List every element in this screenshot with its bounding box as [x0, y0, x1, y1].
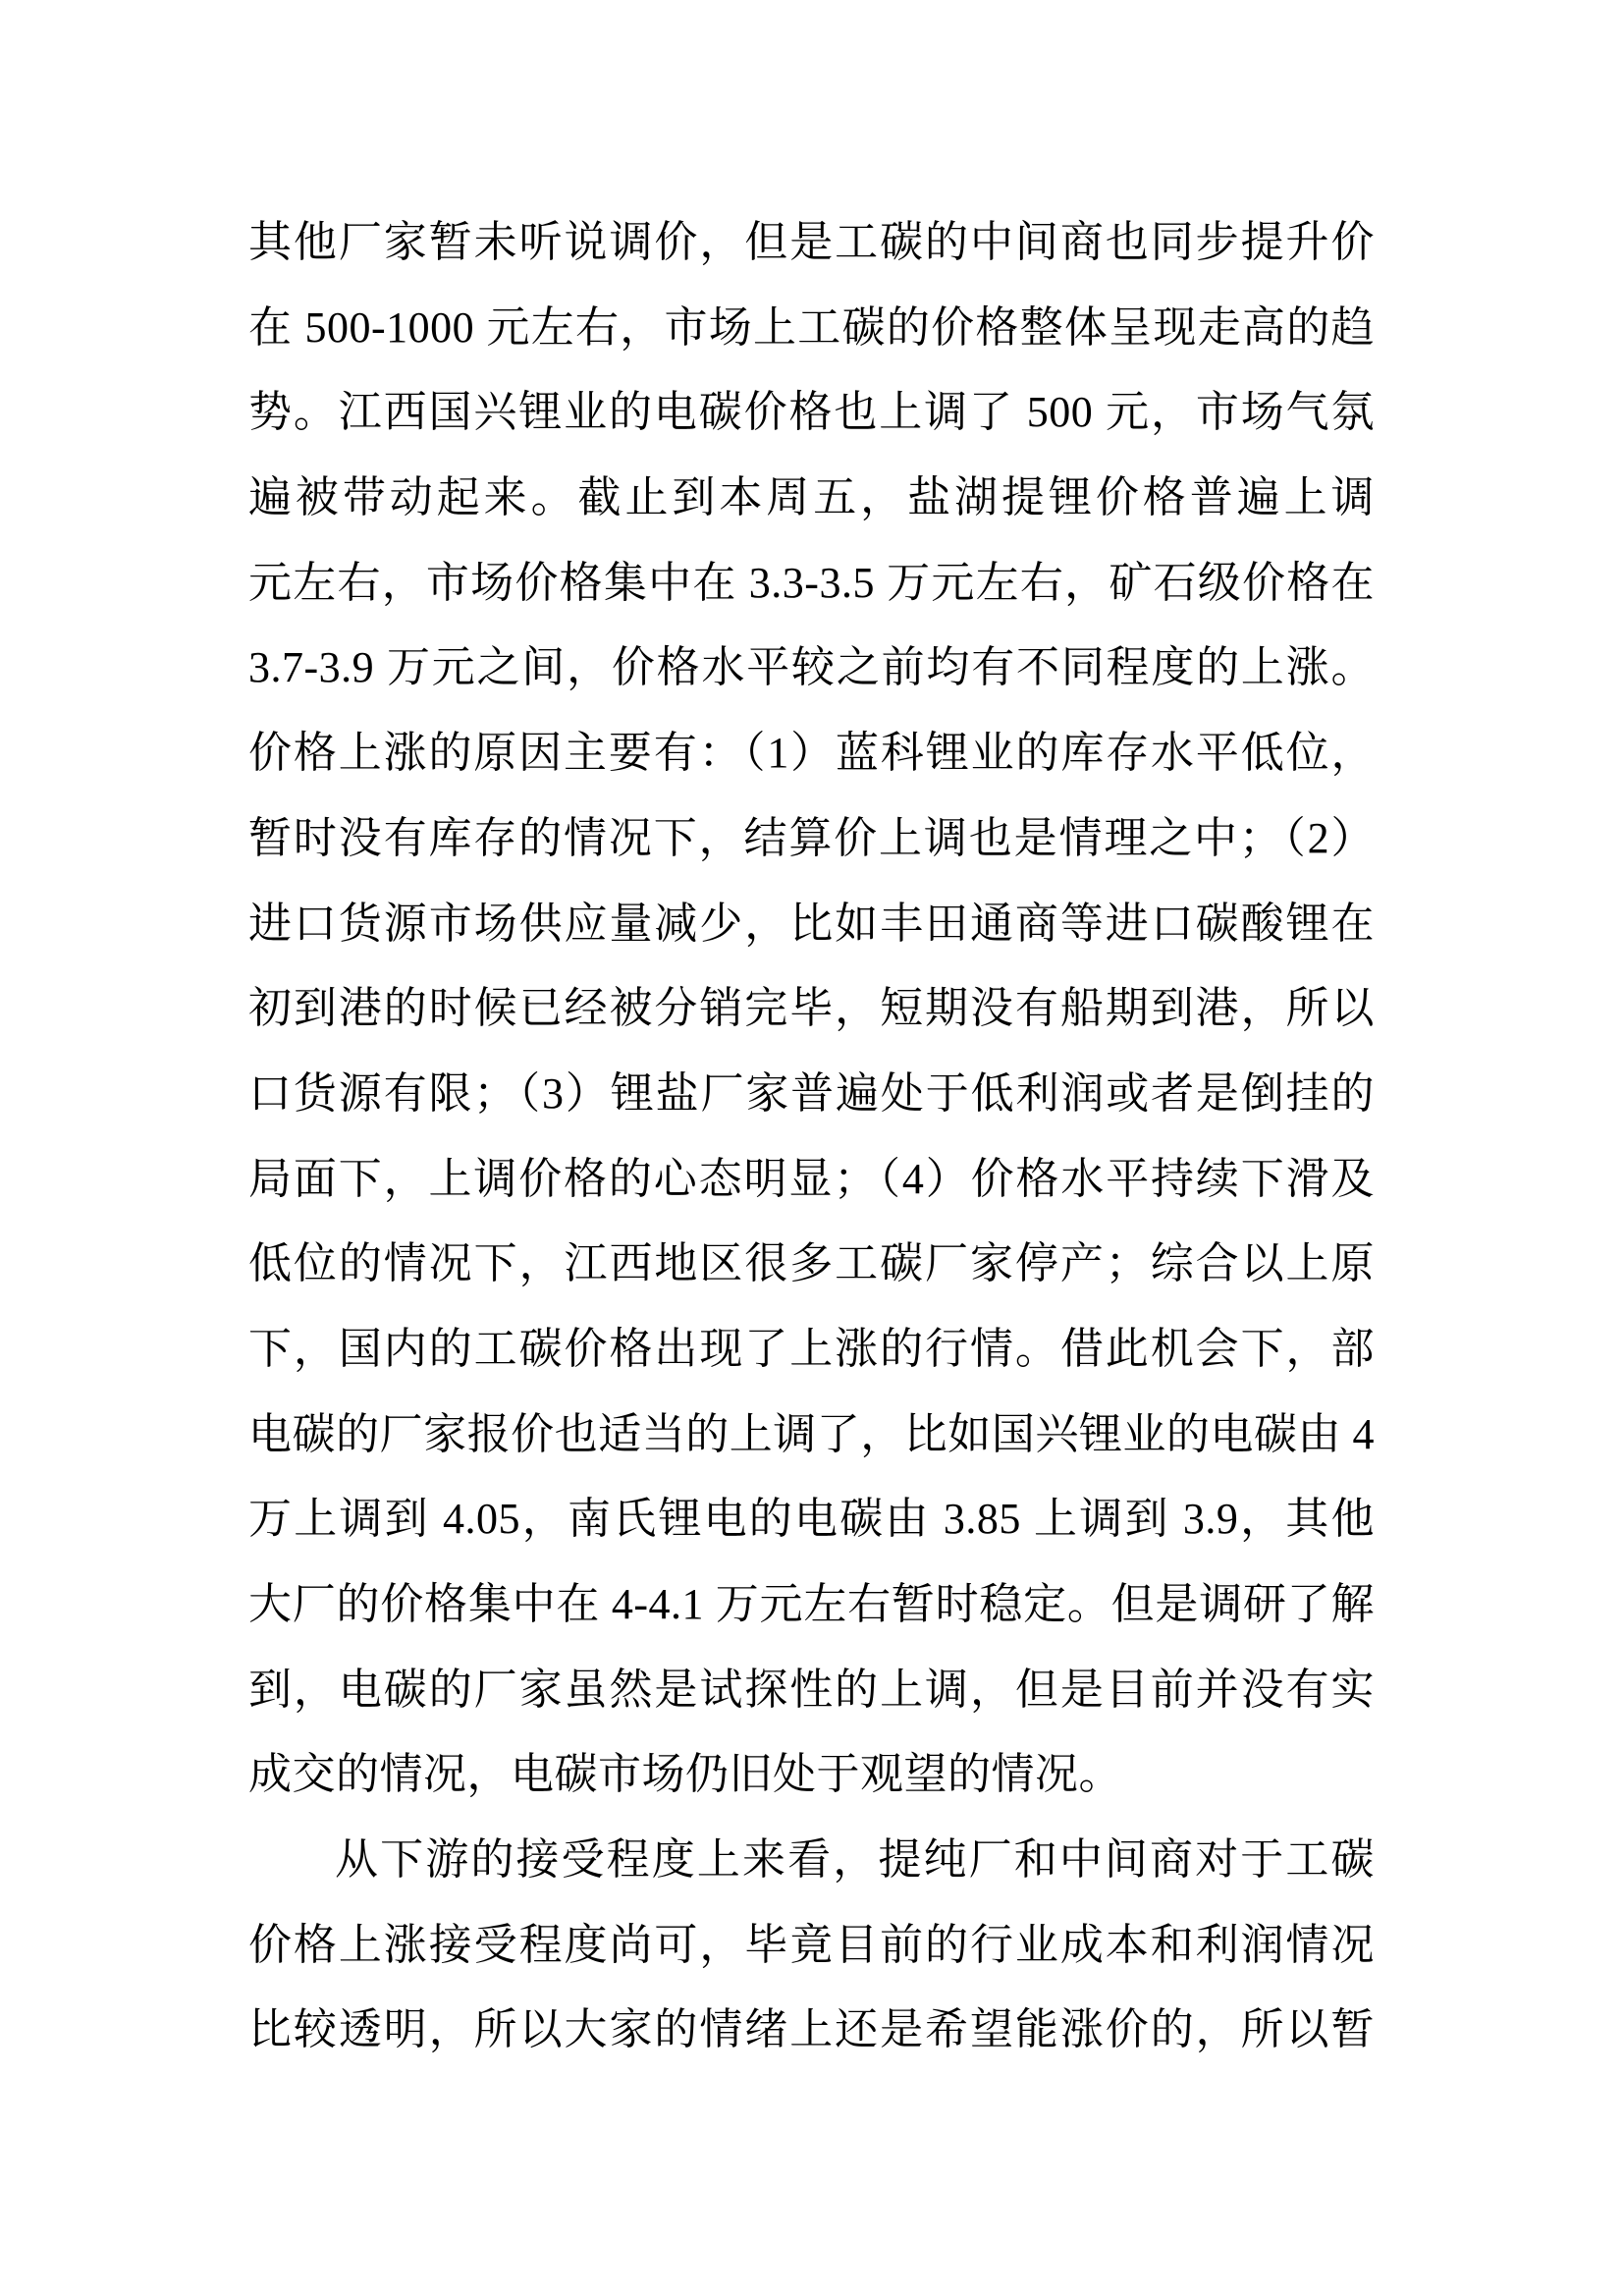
document-page: 其他厂家暂未听说调价，但是工碳的中间商也同步提升价格 在 500-1000 元左…: [0, 0, 1623, 2296]
text-line: 在 500-1000 元左右，市场上工碳的价格整体呈现走高的趋: [248, 286, 1375, 371]
text-line: 其他厂家暂未听说调价，但是工碳的中间商也同步提升价格: [248, 200, 1375, 286]
text-line: 下，国内的工碳价格出现了上涨的行情。借此机会下，部门: [248, 1307, 1375, 1393]
text-line: 电碳的厂家报价也适当的上调了，比如国兴锂业的电碳由 4: [248, 1393, 1375, 1478]
text-line: 势。江西国兴锂业的电碳价格也上调了 500 元，市场气氛普: [248, 370, 1375, 456]
document-text-block: 其他厂家暂未听说调价，但是工碳的中间商也同步提升价格 在 500-1000 元左…: [248, 200, 1375, 2073]
text-line: 进口货源市场供应量减少，比如丰田通商等进口碳酸锂在月: [248, 882, 1375, 967]
text-line: 万上调到 4.05，南氏锂电的电碳由 3.85 上调到 3.9，其他: [248, 1477, 1375, 1562]
text-line: 到，电碳的厂家虽然是试探性的上调，但是目前并没有实际: [248, 1648, 1375, 1733]
text-line-paragraph-end: 成交的情况，电碳市场仍旧处于观望的情况。: [248, 1732, 1375, 1818]
text-line-paragraph-start: 从下游的接受程度上来看，提纯厂和中间商对于工碳的: [248, 1818, 1375, 1903]
text-line: 价格上涨接受程度尚可，毕竟目前的行业成本和利润情况也: [248, 1903, 1375, 1989]
text-line: 比较透明，所以大家的情绪上还是希望能涨价的，所以暂时: [248, 1988, 1375, 2073]
text-line: 大厂的价格集中在 4-4.1 万元左右暂时稳定。但是调研了解: [248, 1562, 1375, 1648]
text-line: 3.7-3.9 万元之间，价格水平较之前均有不同程度的上涨。: [248, 626, 1375, 711]
text-line: 遍被带动起来。截止到本周五，盐湖提锂价格普遍上调 1000: [248, 456, 1375, 541]
text-line: 初到港的时候已经被分销完毕，短期没有船期到港，所以进: [248, 966, 1375, 1052]
text-line: 局面下，上调价格的心态明显；（4）价格水平持续下滑及: [248, 1137, 1375, 1223]
text-line: 口货源有限；（3）锂盐厂家普遍处于低利润或者是倒挂的: [248, 1052, 1375, 1137]
text-line: 低位的情况下，江西地区很多工碳厂家停产；综合以上原因: [248, 1222, 1375, 1307]
text-line: 价格上涨的原因主要有：（1）蓝科锂业的库存水平低位，: [248, 711, 1375, 796]
text-line: 暂时没有库存的情况下，结算价上调也是情理之中；（2）: [248, 796, 1375, 882]
text-line: 元左右，市场价格集中在 3.3-3.5 万元左右，矿石级价格在: [248, 541, 1375, 627]
